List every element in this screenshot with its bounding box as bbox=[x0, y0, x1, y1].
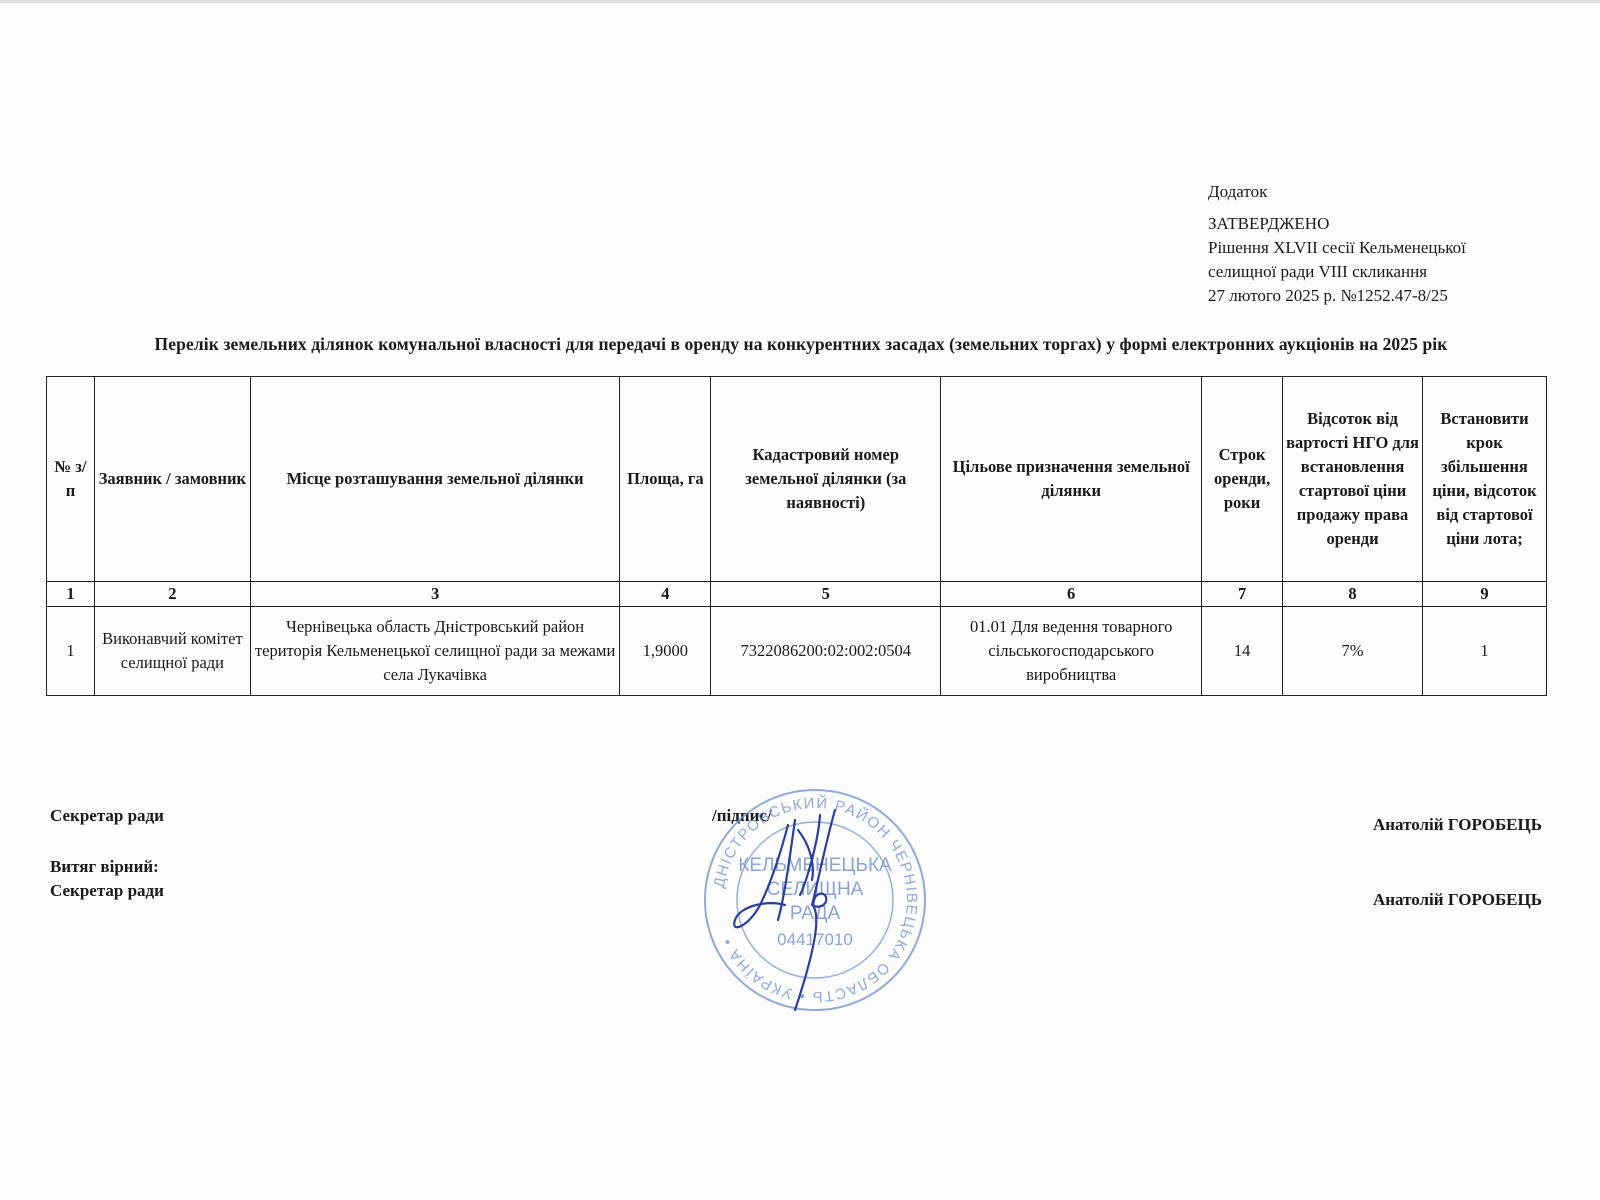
column-number: 5 bbox=[711, 582, 941, 607]
header-percent-ngo: Відсоток від вартості НГО для встановлен… bbox=[1283, 377, 1423, 582]
approval-block: Додаток ЗАТВЕРДЖЕНО Рішення XLVII сесії … bbox=[1208, 180, 1466, 308]
approval-decision-line: Рішення XLVII сесії Кельменецької bbox=[1208, 236, 1466, 260]
cell-number: 1 bbox=[47, 607, 95, 696]
cell-location: Чернівецька область Дністровський район … bbox=[250, 607, 620, 696]
cell-step: 1 bbox=[1423, 607, 1547, 696]
header-purpose: Цільове призначення земельної ділянки bbox=[941, 377, 1202, 582]
column-number: 2 bbox=[94, 582, 250, 607]
cell-percent-ngo: 7% bbox=[1283, 607, 1423, 696]
header-step: Встановити крок збільшення ціни, відсото… bbox=[1423, 377, 1547, 582]
table-row: 1 Виконавчий комітет селищної ради Черні… bbox=[47, 607, 1547, 696]
column-number: 4 bbox=[620, 582, 711, 607]
column-number: 6 bbox=[941, 582, 1202, 607]
approval-council-line: селищної ради VIII скликання bbox=[1208, 260, 1466, 284]
column-number: 3 bbox=[250, 582, 620, 607]
header-location: Місце розташування земельної ділянки bbox=[250, 377, 620, 582]
header-cadastral: Кадастровий номер земельної ділянки (за … bbox=[711, 377, 941, 582]
approved-label: ЗАТВЕРДЖЕНО bbox=[1208, 212, 1466, 236]
column-number: 1 bbox=[47, 582, 95, 607]
header-applicant: Заявник / замовник bbox=[94, 377, 250, 582]
cell-purpose: 01.01 Для ведення товарного сільськогосп… bbox=[941, 607, 1202, 696]
header-row: № з/п Заявник / замовник Місце розташува… bbox=[47, 377, 1547, 582]
appendix-label: Додаток bbox=[1208, 180, 1466, 204]
true-copy-label: Витяг вірний: bbox=[50, 857, 159, 877]
document-title: Перелік земельних ділянок комунальної вл… bbox=[46, 334, 1556, 355]
cell-term: 14 bbox=[1202, 607, 1283, 696]
cell-cadastral: 7322086200:02:002:0504 bbox=[711, 607, 941, 696]
secretary-name: Анатолій ГОРОБЕЦЬ bbox=[1373, 815, 1542, 835]
secretary-label-2: Секретар ради bbox=[50, 881, 164, 901]
official-stamp: ДНІСТРОВСЬКИЙ РАЙОН ЧЕРНІВЕЦЬКА ОБЛАСТЬ … bbox=[700, 785, 930, 1015]
cell-area: 1,9000 bbox=[620, 607, 711, 696]
column-number: 7 bbox=[1202, 582, 1283, 607]
header-term: Строк оренди, роки bbox=[1202, 377, 1283, 582]
secretary-label: Секретар ради bbox=[50, 806, 164, 826]
land-plots-table: № з/п Заявник / замовник Місце розташува… bbox=[46, 376, 1547, 696]
column-number-row: 1 2 3 4 5 6 7 8 9 bbox=[47, 582, 1547, 607]
column-number: 9 bbox=[1423, 582, 1547, 607]
page-top-edge bbox=[0, 0, 1600, 3]
header-area: Площа, га bbox=[620, 377, 711, 582]
approval-date-line: 27 лютого 2025 р. №1252.47-8/25 bbox=[1208, 284, 1466, 308]
secretary-name-2: Анатолій ГОРОБЕЦЬ bbox=[1373, 890, 1542, 910]
stamp-line-1: КЕЛЬМЕНЕЦЬКА bbox=[738, 855, 892, 876]
stamp-seal-icon: ДНІСТРОВСЬКИЙ РАЙОН ЧЕРНІВЕЦЬКА ОБЛАСТЬ … bbox=[700, 785, 930, 1015]
column-number: 8 bbox=[1283, 582, 1423, 607]
header-number: № з/п bbox=[47, 377, 95, 582]
cell-applicant: Виконавчий комітет селищної ради bbox=[94, 607, 250, 696]
